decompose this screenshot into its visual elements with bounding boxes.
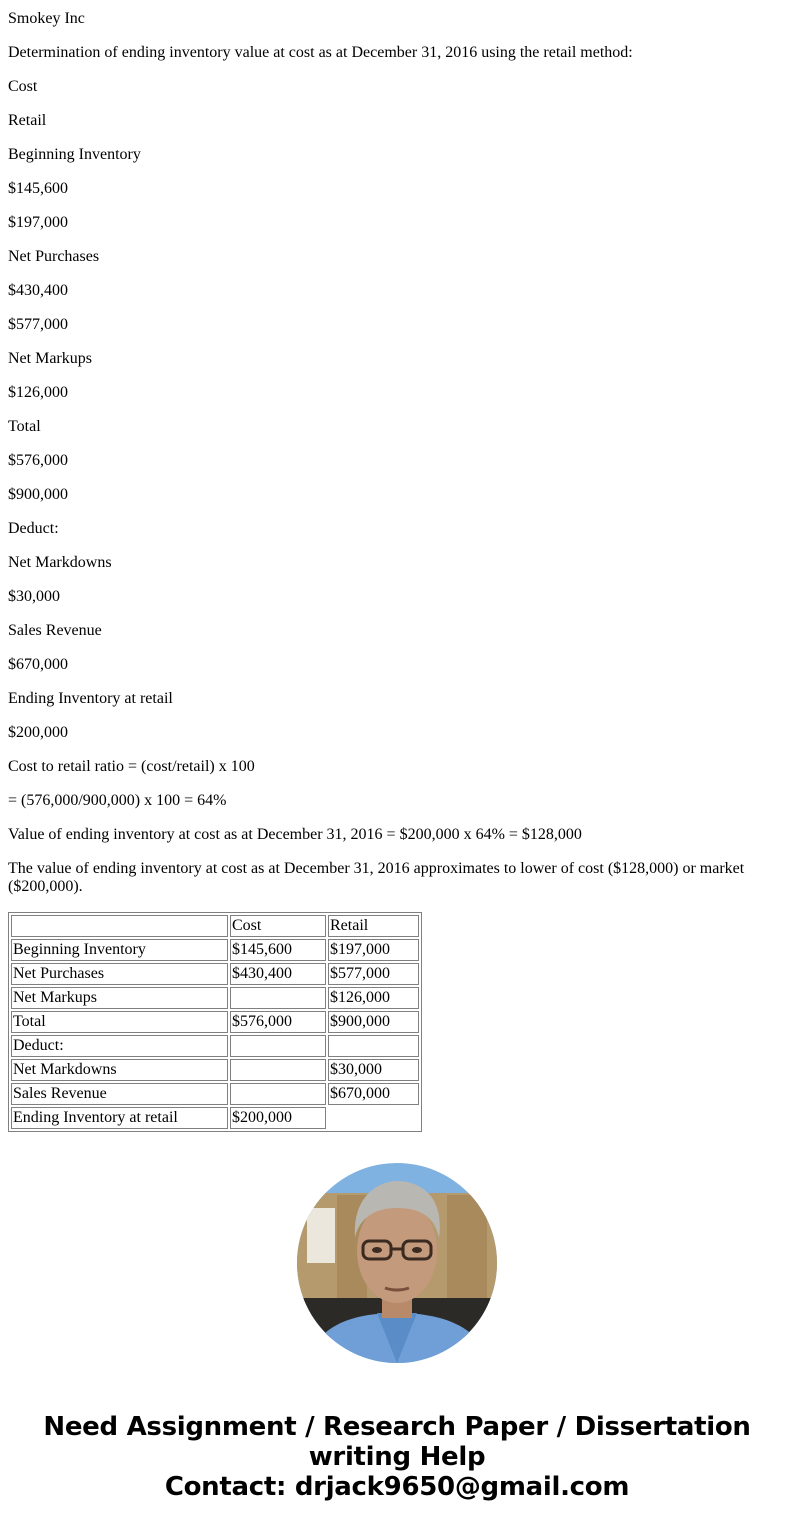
table-cell: Net Purchases (11, 963, 228, 985)
table-cell: $577,000 (328, 963, 419, 985)
paragraph: $200,000 (8, 724, 786, 742)
table-empty-slot (328, 1107, 419, 1129)
table-row: Deduct: (11, 1035, 419, 1057)
table-cell (230, 1035, 326, 1057)
paragraph: Cost to retail ratio = (cost/retail) x 1… (8, 758, 786, 776)
table-cell: Beginning Inventory (11, 939, 228, 961)
table-row: Net Purchases$430,400$577,000 (11, 963, 419, 985)
table-cell (230, 1083, 326, 1105)
paragraph: $197,000 (8, 214, 786, 232)
table-cell: $670,000 (328, 1083, 419, 1105)
person-portrait-icon (297, 1163, 497, 1363)
table-cell: Total (11, 1011, 228, 1033)
table-cell (230, 1059, 326, 1081)
paragraph: Cost (8, 78, 786, 96)
paragraph: $145,600 (8, 180, 786, 198)
table-cell (230, 987, 326, 1009)
paragraph-list: Smokey IncDetermination of ending invent… (8, 10, 786, 896)
table-cell: $200,000 (230, 1107, 326, 1129)
table-cell: $126,000 (328, 987, 419, 1009)
table-cell: Sales Revenue (11, 1083, 228, 1105)
table-row: Ending Inventory at retail$200,000 (11, 1107, 419, 1129)
paragraph: = (576,000/900,000) x 100 = 64% (8, 792, 786, 810)
table-cell: $30,000 (328, 1059, 419, 1081)
paragraph: Net Markups (8, 350, 786, 368)
paragraph: Sales Revenue (8, 622, 786, 640)
inventory-table: CostRetailBeginning Inventory$145,600$19… (8, 912, 422, 1132)
table-row: Net Markdowns$30,000 (11, 1059, 419, 1081)
table-row: Total$576,000$900,000 (11, 1011, 419, 1033)
paragraph: Total (8, 418, 786, 436)
table-cell: $430,400 (230, 963, 326, 985)
table-row: Beginning Inventory$145,600$197,000 (11, 939, 419, 961)
paragraph: Deduct: (8, 520, 786, 538)
promo-contact: Contact: drjack9650@gmail.com (0, 1472, 794, 1502)
paragraph: Retail (8, 112, 786, 130)
table-cell: $145,600 (230, 939, 326, 961)
promo-line-1: Need Assignment / Research Paper / Disse… (0, 1412, 794, 1442)
paragraph: Net Purchases (8, 248, 786, 266)
table-cell: Deduct: (11, 1035, 228, 1057)
paragraph: Value of ending inventory at cost as at … (8, 826, 786, 844)
paragraph: $126,000 (8, 384, 786, 402)
table-cell: $576,000 (230, 1011, 326, 1033)
paragraph: $30,000 (8, 588, 786, 606)
company-name: Smokey Inc (8, 10, 786, 28)
table-header-cell: Cost (230, 915, 326, 937)
table-row: Net Markups$126,000 (11, 987, 419, 1009)
table-cell: $900,000 (328, 1011, 419, 1033)
table-header-cell: Retail (328, 915, 419, 937)
table-header-row: CostRetail (11, 915, 419, 937)
paragraph: Net Markdowns (8, 554, 786, 572)
table-cell: $197,000 (328, 939, 419, 961)
paragraph: $670,000 (8, 656, 786, 674)
paragraph: $577,000 (8, 316, 786, 334)
paragraph: Beginning Inventory (8, 146, 786, 164)
paragraph: $900,000 (8, 486, 786, 504)
paragraph: $430,400 (8, 282, 786, 300)
promo-banner: Need Assignment / Research Paper / Disse… (0, 1412, 794, 1502)
document-body: Smokey IncDetermination of ending invent… (0, 10, 794, 1132)
table-header-cell (11, 915, 228, 937)
paragraph: $576,000 (8, 452, 786, 470)
promo-line-2: writing Help (0, 1442, 794, 1472)
table-cell: Ending Inventory at retail (11, 1107, 228, 1129)
table-cell: Net Markups (11, 987, 228, 1009)
table-row: Sales Revenue$670,000 (11, 1083, 419, 1105)
author-avatar (297, 1163, 497, 1363)
paragraph: Determination of ending inventory value … (8, 44, 786, 62)
table-cell: Net Markdowns (11, 1059, 228, 1081)
paragraph: The value of ending inventory at cost as… (8, 860, 786, 896)
table-cell (328, 1035, 419, 1057)
paragraph: Ending Inventory at retail (8, 690, 786, 708)
